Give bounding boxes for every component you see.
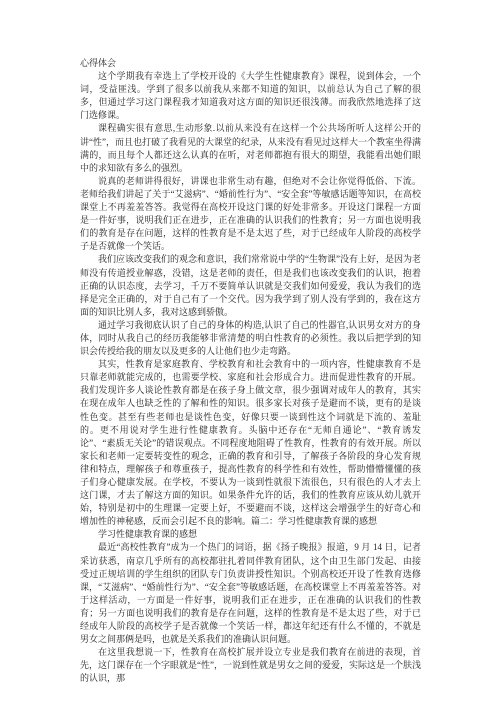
document-content: 心得体会 这个学期我有幸选上了学校开设的《大学生性健康教育》课程，说到体会，一个… [80, 57, 421, 686]
paragraph-8-truncated: 在这里我想说一下，性教育在高校扩展并设立专业是我们教育在前进的表现，首先，这门课… [80, 646, 421, 685]
paragraph-7: 最近“高校性教育”成为一个热门的词语，据《扬子晚报》报道，9 月 14 日，记者… [80, 541, 421, 646]
paragraph-5: 通过学习我彻底认识了自己的身体的构造,认识了自己的性器官,认识男女对方的身体，同… [80, 319, 421, 358]
section-heading: 学习性健康教育课的感想 [80, 528, 421, 541]
document-page: 心得体会 这个学期我有幸选上了学校开设的《大学生性健康教育》课程，说到体会，一个… [0, 0, 496, 702]
paragraph-6: 其实，性教育是家庭教育、学校教育和社会教育中的一项内容，性健康教育不是只靠老师就… [80, 358, 421, 528]
paragraph-3: 说真的老师讲得很好，讲课也非常生动有趣，但绝对不会让你觉得低俗、下流。老师给我们… [80, 175, 421, 254]
paragraph-1: 这个学期我有幸选上了学校开设的《大学生性健康教育》课程，说到体会，一个词，受益匪… [80, 70, 421, 122]
paragraph-4: 我们应该改变我们的观念和意识，我们常常说中学的“生物课”没有上好，是因为老师没有… [80, 253, 421, 318]
document-title: 心得体会 [80, 57, 421, 70]
paragraph-2: 课程确实很有意思,生动形象.以前从来没有在这样一个公共场所听人这样公开的讲“性”… [80, 122, 421, 174]
